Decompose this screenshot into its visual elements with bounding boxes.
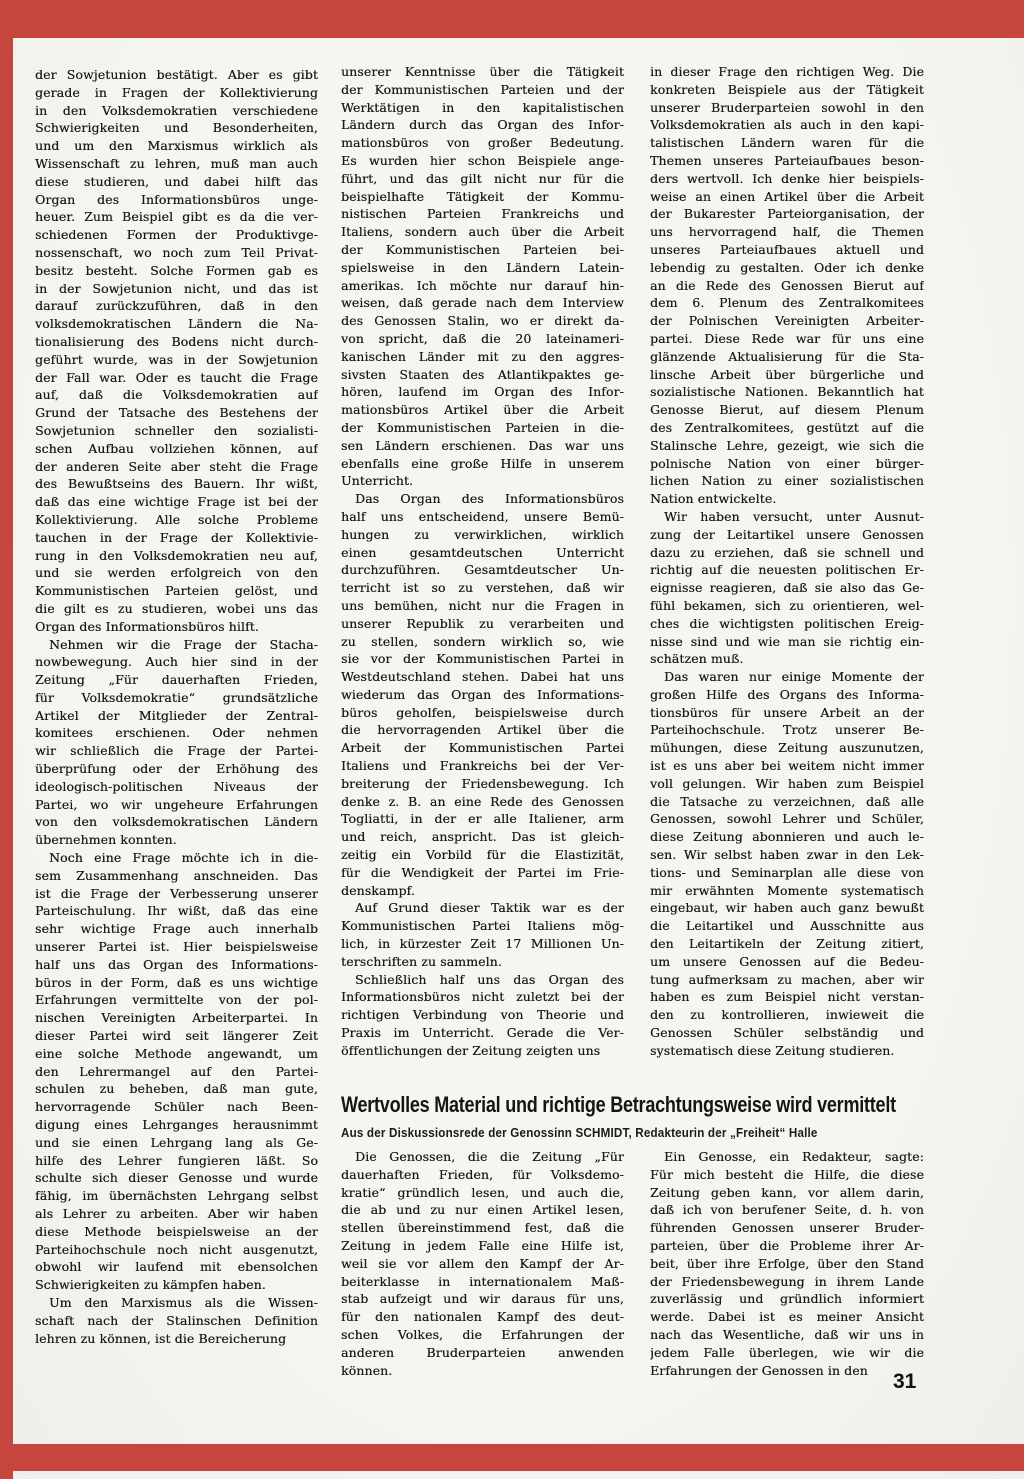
text-line: Um den Marxismus als die Wissen- (35, 1294, 318, 1312)
text-line: Parteihochschule noch nicht ausgenutzt, (35, 1241, 318, 1259)
text-line: partei. Diese Rede war für uns eine (650, 330, 924, 348)
text-line: in der Sowjetunion nicht, und das ist (35, 280, 318, 298)
text-line: sivsten Staaten des Atlantikpaktes ge- (341, 366, 624, 384)
text-line: geführt wurde, was in der Sowjetunion (35, 351, 318, 369)
text-line: Für mich besteht die Hilfe, die diese (650, 1166, 924, 1184)
text-line: Praxis im Unterricht. Gerade die Ver- (341, 1024, 624, 1042)
text-line: nowbewegung. Auch hier sind in der (35, 653, 318, 671)
text-line: die Leitartikel und Ausschnitte aus (650, 917, 924, 935)
text-line: voll gelungen. Wir haben zum Beispiel (650, 775, 924, 793)
text-line: sen. Wir selbst haben zwar in den Lek- (650, 846, 924, 864)
text-line: sehr wichtige Frage auch innerhalb (35, 920, 318, 938)
section-column-right: Ein Genosse, ein Redakteur, sagte:Für mi… (650, 1148, 924, 1379)
text-line: durchzuführen. Gesamtdeutscher Un- (341, 561, 624, 579)
text-line: beit, über ihre Erfolge, über den Stand (650, 1255, 924, 1273)
text-line: tauchen in der Frage der Kollektivie- (35, 529, 318, 547)
text-line: Zeitung „Für dauerhaften Frieden, (35, 671, 318, 689)
text-line: denke z. B. an eine Rede des Genossen (341, 793, 624, 811)
paragraph: Auf Grund dieser Taktik war es derKommun… (341, 899, 624, 970)
text-line: Italiens, sondern auch über die Arbeit (341, 223, 624, 241)
text-line: rung in den Volksdemokratien neu auf, (35, 547, 318, 565)
text-line: Zeitung in jedem Falle eine Hilfe ist, (341, 1237, 624, 1255)
text-line: ist die Frage der Verbesserung unserer (35, 885, 318, 903)
text-line: und sie einen Lehrgang lang als Ge- (35, 1134, 318, 1152)
text-line: Zeitung geben kann, vor allem darin, (650, 1184, 924, 1202)
text-line: talistischen Ländern waren für die (650, 134, 924, 152)
text-line: lehren zu können, ist die Bereicherung (35, 1330, 318, 1348)
text-line: haben es zum Beispiel nicht verstan- (650, 988, 924, 1006)
text-line: unseres Parteiaufbaues aktuell und (650, 241, 924, 259)
text-line: nisse sind und wie man sie richtig ein- (650, 633, 924, 651)
text-line: um unsere Genossen auf die Bedeu- (650, 953, 924, 971)
page-number: 31 (893, 1370, 916, 1394)
text-line: schiedenen Formen der Produktivge- (35, 226, 318, 244)
text-line: ebenfalls eine große Hilfe in unserem (341, 455, 624, 473)
text-line: Nation entwickelte. (650, 490, 924, 508)
paragraph: Die Genossen, die die Zeitung „Fürdauerh… (341, 1148, 624, 1379)
text-line: unserer Kenntnisse über die Tätigkeit (341, 63, 624, 81)
text-line: schaft nach der Stalinschen Definition (35, 1312, 318, 1330)
text-line: einen gesamtdeutschen Unterricht (341, 544, 624, 562)
text-line: hungen zu verwirklichen, wirklich (341, 526, 624, 544)
text-line: daß das eine wichtige Frage ist bei der (35, 493, 318, 511)
text-line: terricht ist so zu verstehen, daß wir (341, 579, 624, 597)
text-line: des Bewußtseins des Bauern. Ihr wißt, (35, 475, 318, 493)
text-line: Nehmen wir die Frage der Stacha- (35, 636, 318, 654)
text-line: gerade in Fragen der Kollektivierung (35, 84, 318, 102)
text-line: Partei, wo wir ungeheure Erfahrungen (35, 796, 318, 814)
text-line: für die Wendigkeit der Partei im Frie- (341, 864, 624, 882)
text-line: volksdemokratischen Ländern die Na- (35, 315, 318, 333)
text-line: obwohl wir laufend mit ebensolchen (35, 1258, 318, 1276)
text-line: zu stellen, sondern wirklich so, wie (341, 633, 624, 651)
text-line: der Kommunistischen Parteien in die- (341, 419, 624, 437)
text-line: für Volksdemokratie“ grundsätzliche (35, 689, 318, 707)
text-line: Auf Grund dieser Taktik war es der (341, 899, 624, 917)
text-line: uns bemühen, nicht nur die Fragen in (341, 597, 624, 615)
text-line: spielsweise in den Ländern Latein- (341, 259, 624, 277)
text-line: Werktätigen in den kapitalistischen (341, 99, 624, 117)
text-line: in den Volksdemokratien verschiedene (35, 102, 318, 120)
text-line: diese Methode beispielsweise an der (35, 1223, 318, 1241)
text-line: diese studieren, und dabei hilft das (35, 173, 318, 191)
text-line: nistischen Parteien Frankreichs und (341, 205, 624, 223)
text-line: digung eines Lehrganges herausnimmt (35, 1116, 318, 1134)
text-line: Wissenschaft zu lehren, muß man auch (35, 155, 318, 173)
text-line: Schwierigkeiten zu kämpfen haben. (35, 1276, 318, 1294)
text-line: Arbeit der Kommunistischen Partei (341, 739, 624, 757)
text-line: übernehmen konnten. (35, 831, 318, 849)
text-line: den Leitartikeln der Zeitung zitiert, (650, 935, 924, 953)
text-line: kratie“ gründlich lesen, und auch die, (341, 1184, 624, 1202)
text-line: Genosse Bierut, auf diesem Plenum (650, 401, 924, 419)
text-line: weise an einen Artikel über die Arbeit (650, 188, 924, 206)
text-line: die hervorragenden Artikel über die (341, 721, 624, 739)
text-line: zuverlässig und gründlich informiert (650, 1290, 924, 1308)
text-line: Informationsbüros nicht zuletzt bei der (341, 988, 624, 1006)
text-line: und sie werden erfolgreich von den (35, 564, 318, 582)
text-line: der Sowjetunion bestätigt. Aber es gibt (35, 66, 318, 84)
paragraph: unserer Kenntnisse über die Tätigkeitder… (341, 63, 624, 490)
text-line: führenden Genossen unserer Bruder- (650, 1219, 924, 1237)
text-line: büros in der Form, daß es uns wichtige (35, 974, 318, 992)
text-line: wir schließlich die Frage der Partei- (35, 742, 318, 760)
text-line: der Friedensbewegung in ihrem Lande (650, 1273, 924, 1291)
text-line: mir erwähnten Momente systematisch (650, 882, 924, 900)
paragraph: Ein Genosse, ein Redakteur, sagte:Für mi… (650, 1148, 924, 1379)
text-line: und um den Marxismus wirklich als (35, 137, 318, 155)
text-line: Sowjetunion schneller den sozialisti- (35, 422, 318, 440)
text-line: sen Ländern erschienen. Das war uns (341, 437, 624, 455)
text-line: unserer Bruderparteien sowohl in den (650, 99, 924, 117)
text-line: Kollektivierung. Alle solche Probleme (35, 511, 318, 529)
text-line: weisen, daß gerade nach dem Interview (341, 294, 624, 312)
text-line: eine solche Methode angewandt, um (35, 1045, 318, 1063)
text-line: zung der Leitartikel unsere Genossen (650, 526, 924, 544)
text-line: für den nationalen Kampf des deut- (341, 1308, 624, 1326)
text-line: Schließlich half uns das Organ des (341, 971, 624, 989)
text-line: Erfahrungen der Genossen in den (650, 1362, 924, 1380)
text-line: Ländern durch das Organ des Infor- (341, 116, 624, 134)
text-line: polnische Nation von einer bürger- (650, 455, 924, 473)
text-line: den zu kontrollieren, inwieweit die (650, 1006, 924, 1024)
text-line: breiterung der Friedensbewegung. Ich (341, 775, 624, 793)
text-line: wiederum das Organ des Informations- (341, 686, 624, 704)
text-line: die Tatsache zu verzeichnen, daß alle (650, 793, 924, 811)
text-line: der Fall war. Oder es taucht die Frage (35, 369, 318, 387)
article-column-1: der Sowjetunion bestätigt. Aber es gibtg… (35, 66, 318, 1347)
text-line: tionalisierung des Bodens nicht durch- (35, 333, 318, 351)
text-line: können. (341, 1362, 624, 1380)
paragraph: Wir haben versucht, unter Ausnut-zung de… (650, 508, 924, 668)
text-line: jedem Falle überlegen, wie wir die (650, 1344, 924, 1362)
text-line: half uns das Organ des Informations- (35, 956, 318, 974)
text-line: Grund der Tatsache des Bestehens der (35, 404, 318, 422)
text-line: überprüfung oder der Erhöhung des (35, 760, 318, 778)
text-line: nischen Vereinigten Arbeiterpartei. In (35, 1009, 318, 1027)
text-line: großen Hilfe des Organs des Informa- (650, 686, 924, 704)
text-line: sozialistische Nationen. Bekanntlich hat (650, 383, 924, 401)
text-line: ders wertvoll. Ich denke hier beispiels- (650, 170, 924, 188)
text-line: eingebaut, wir haben auch ganz bewußt (650, 899, 924, 917)
text-line: hilfe des Lehrer fungieren läßt. So (35, 1152, 318, 1170)
text-line: unserer Partei ist. Hier beispielsweise (35, 938, 318, 956)
text-line: hören, laufend im Organ des Infor- (341, 383, 624, 401)
text-line: des Zentralkomitees, gestützt auf die (650, 419, 924, 437)
text-line: die gilt es zu studieren, wobei uns das (35, 600, 318, 618)
text-line: diese Zeitung abonnieren und auch le- (650, 828, 924, 846)
text-line: Genossen, sowohl Lehrer und Schüler, (650, 810, 924, 828)
text-line: tions- und Seminarplan alle diese von (650, 864, 924, 882)
paragraph: Das Organ des Informationsbüroshalf uns … (341, 490, 624, 899)
red-border-left (0, 0, 13, 1479)
text-line: daß ich von berufener Seite, d. h. von (650, 1201, 924, 1219)
text-line: Artikel der Mitglieder der Zentral- (35, 707, 318, 725)
text-line: richtigen Verbindung von Theorie und (341, 1006, 624, 1024)
text-line: Wir haben versucht, unter Ausnut- (650, 508, 924, 526)
text-line: mühungen, diese Zeitung auszunutzen, (650, 739, 924, 757)
text-line: Westdeutschland stehen. Dabei hat uns (341, 668, 624, 686)
text-line: von spricht, daß die 20 lateinameri- (341, 330, 624, 348)
text-line: Noch eine Frage möchte ich in die- (35, 849, 318, 867)
text-line: der Polnischen Vereinigten Arbeiter- (650, 312, 924, 330)
text-line: fühl bekamen, sich zu orientieren, wel- (650, 597, 924, 615)
text-line: Kommunistischen Partei Italiens mög- (341, 917, 624, 935)
text-line: Stalinsche Lehre, gezeigt, wie sich die (650, 437, 924, 455)
text-line: büros geholfen, beispielsweise durch (341, 704, 624, 722)
text-line: Das waren nur einige Momente der (650, 668, 924, 686)
text-line: Genossen Schüler selbständig und (650, 1024, 924, 1042)
text-line: der anderen Seite aber steht die Frage (35, 458, 318, 476)
text-line: Parteihochschule. Trotz unserer Be- (650, 721, 924, 739)
red-border-bottom (0, 1444, 1024, 1471)
text-line: der Bukarester Parteiorganisation, der (650, 205, 924, 223)
text-line: besitz besteht. Solche Formen gab es (35, 262, 318, 280)
text-line: Unterricht. (341, 472, 624, 490)
text-line: dauerhaften Frieden, für Volksdemo- (341, 1166, 624, 1184)
text-line: Organ des Informationsbüros hilft. (35, 618, 318, 636)
text-line: ches die wichtigsten politischen Ereig- (650, 615, 924, 633)
article-column-2: unserer Kenntnisse über die Tätigkeitder… (341, 63, 624, 1060)
text-line: richtig auf die neuesten politischen Er- (650, 561, 924, 579)
text-line: Das Organ des Informationsbüros (341, 490, 624, 508)
text-line: die ab und zu nur einen Artikel lesen, (341, 1201, 624, 1219)
text-line: komitees erschienen. Oder nehmen (35, 724, 318, 742)
section-subheading: Aus der Diskussionsrede der Genossinn SC… (341, 1126, 818, 1140)
text-line: beispielhafte Tätigkeit der Kommu- (341, 188, 624, 206)
text-line: konkreten Beispiele aus der Tätigkeit (650, 81, 924, 99)
text-line: denskampf. (341, 882, 624, 900)
text-line: als Lehrer zu arbeiten. Aber wir haben (35, 1205, 318, 1223)
text-line: Schwierigkeiten und Besonderheiten, (35, 119, 318, 137)
text-line: dieser Partei wird seit längerer Zeit (35, 1027, 318, 1045)
text-line: den Lehrermangel auf den Partei- (35, 1063, 318, 1081)
text-line: linsche Arbeit über bürgerliche und (650, 366, 924, 384)
text-line: ist es uns aber bei weitem nicht immer (650, 757, 924, 775)
text-line: dem 6. Plenum des Zentralkomitees (650, 294, 924, 312)
text-line: Es wurden hier schon Beispiele ange- (341, 152, 624, 170)
paragraph: in dieser Frage den richtigen Weg. Dieko… (650, 63, 924, 508)
text-line: der Kommunistischen Parteien und der (341, 81, 624, 99)
text-line: in dieser Frage den richtigen Weg. Die (650, 63, 924, 81)
text-line: glänzende Aktualisierung für die Sta- (650, 348, 924, 366)
text-line: darauf zurückzuführen, daß in den (35, 297, 318, 315)
text-line: eignisse reagieren, daß sie also das Ge- (650, 579, 924, 597)
text-line: mationsbüros Artikel über die Arbeit (341, 401, 624, 419)
text-line: stellen übereinstimmend fest, daß die (341, 1219, 624, 1237)
text-line: weil sie vor allem den Kampf der Ar- (341, 1255, 624, 1273)
text-line: beiterklasse in internationalem Maß- (341, 1273, 624, 1291)
magazine-page: der Sowjetunion bestätigt. Aber es gibtg… (0, 0, 1024, 1479)
text-line: nossenschaft, wo noch zum Teil Privat- (35, 244, 318, 262)
text-line: schen Aufbau vollziehen können, auf (35, 440, 318, 458)
text-line: führt, und das gilt nicht nur für die (341, 170, 624, 188)
text-line: Parteischulung. Ihr wißt, daß das eine (35, 902, 318, 920)
text-line: lichen Nation zu einer sozialistischen (650, 472, 924, 490)
text-line: sem Zusammenhang anschneiden. Das (35, 867, 318, 885)
text-line: half uns entscheidend, unsere Bemü- (341, 508, 624, 526)
text-line: Togliatti, in der er alle Italiener, arm (341, 810, 624, 828)
text-line: werde. Dabei ist es meiner Ansicht (650, 1308, 924, 1326)
text-line: dazu zu erziehen, daß sie schnell und (650, 544, 924, 562)
text-line: Themen unseres Parteiaufbaues beson- (650, 152, 924, 170)
text-line: terschriften zu sammeln. (341, 953, 624, 971)
text-line: tionsbüros für unsere Arbeit an der (650, 704, 924, 722)
paragraph: Noch eine Frage möchte ich in die-sem Zu… (35, 849, 318, 1294)
section-column-left: Die Genossen, die die Zeitung „Fürdauerh… (341, 1148, 624, 1379)
text-line: systematisch diese Zeitung studieren. (650, 1042, 924, 1060)
text-line: Organ des Informationsbüros unge- (35, 191, 318, 209)
text-line: nach das Wesentliche, daß wir uns in (650, 1326, 924, 1344)
text-line: schen Volkes, die Erfahrungen der (341, 1326, 624, 1344)
paragraph: Um den Marxismus als die Wissen-schaft n… (35, 1294, 318, 1347)
text-line: öffentlichungen der Zeitung zeigten uns (341, 1042, 624, 1060)
text-line: uns hervorragend half, die Themen (650, 223, 924, 241)
text-line: des Genossen Stalin, wo er direkt da- (341, 312, 624, 330)
text-line: zeitig ein Vorbild für die Elastizität, (341, 846, 624, 864)
paragraph: Nehmen wir die Frage der Stacha-nowbeweg… (35, 636, 318, 850)
text-line: schulte sich dieser Genosse und wurde (35, 1169, 318, 1187)
text-line: tung aufmerksam zu machen, aber wir (650, 971, 924, 989)
text-line: Kommunistischen Parteien gelöst, und (35, 582, 318, 600)
text-line: anderen Bruderparteien anwenden (341, 1344, 624, 1362)
text-line: lebendig zu gestalten. Oder ich denke (650, 259, 924, 277)
text-line: schätzen muß. (650, 650, 924, 668)
text-line: unserer Republik zu verarbeiten und (341, 615, 624, 633)
section-heading: Wertvolles Material und richtige Betrach… (341, 1092, 896, 1118)
text-line: lich, in kürzester Zeit 17 Millionen Un- (341, 935, 624, 953)
text-line: heuer. Zum Beispiel gibt es da die ver- (35, 208, 318, 226)
text-line: kanischen Länder mit zu den aggres- (341, 348, 624, 366)
text-line: mationsbüros von großer Bedeutung. (341, 134, 624, 152)
text-line: sie vor der Kommunistischen Partei in (341, 650, 624, 668)
text-line: ideologisch-politischen Niveaus der (35, 778, 318, 796)
text-line: und reich, anspricht. Das ist gleich- (341, 828, 624, 846)
text-line: Volksdemokratien als auch in den kapi- (650, 116, 924, 134)
text-line: Die Genossen, die die Zeitung „Für (341, 1148, 624, 1166)
text-line: fähig, im übernächsten Lehrgang selbst (35, 1187, 318, 1205)
text-line: Erfahrungen vermittelte von der pol- (35, 991, 318, 1009)
text-line: hervorragende Schüler nach Been- (35, 1098, 318, 1116)
text-line: parteien, über die Probleme ihrer Ar- (650, 1237, 924, 1255)
red-border-top (0, 0, 1024, 38)
paragraph: Schließlich half uns das Organ desInform… (341, 971, 624, 1060)
paragraph: Das waren nur einige Momente dergroßen H… (650, 668, 924, 1060)
text-line: auf, daß die Volksdemokratien auf (35, 386, 318, 404)
article-column-3: in dieser Frage den richtigen Weg. Dieko… (650, 63, 924, 1060)
paragraph: der Sowjetunion bestätigt. Aber es gibtg… (35, 66, 318, 636)
text-line: Italiens und Frankreichs bei der Ver- (341, 757, 624, 775)
text-line: von den volksdemokratischen Ländern (35, 813, 318, 831)
text-line: stab aufzeigt und wir daraus für uns, (341, 1290, 624, 1308)
text-line: der Kommunistischen Parteien bei- (341, 241, 624, 259)
text-line: amerikas. Ich möchte nur darauf hin- (341, 277, 624, 295)
text-line: Ein Genosse, ein Redakteur, sagte: (650, 1148, 924, 1166)
text-line: schulen zu beheben, daß man gute, (35, 1080, 318, 1098)
text-line: an die Rede des Genossen Bierut auf (650, 277, 924, 295)
